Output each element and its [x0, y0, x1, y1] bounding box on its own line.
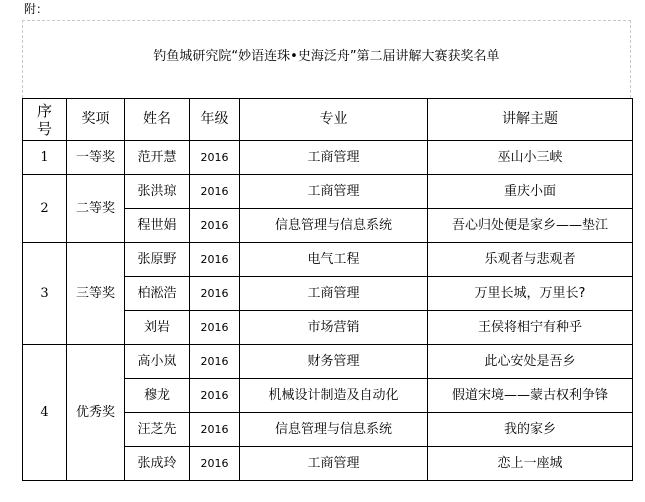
topic-cell: 我的家乡 [428, 413, 633, 447]
name-cell: 高小岚 [125, 345, 190, 379]
major-cell: 工商管理 [240, 447, 428, 481]
name-cell: 穆龙 [125, 379, 190, 413]
header-topic: 讲解主题 [428, 99, 633, 141]
grade-cell: 2016 [190, 379, 240, 413]
grade-cell: 2016 [190, 345, 240, 379]
award-cell: 优秀奖 [67, 345, 125, 481]
major-cell: 信息管理与信息系统 [240, 413, 428, 447]
major-cell: 机械设计制造及自动化 [240, 379, 428, 413]
header-seq: 序号 [23, 99, 67, 141]
topic-cell: 重庆小面 [428, 175, 633, 209]
name-cell: 程世娟 [125, 209, 190, 243]
grade-cell: 2016 [190, 413, 240, 447]
header-award: 奖项 [67, 99, 125, 141]
major-cell: 工商管理 [240, 141, 428, 175]
document-title: 钓鱼城研究院“妙语连珠•史海泛舟”第二届讲解大赛获奖名单 [23, 49, 630, 65]
award-cell: 一等奖 [67, 141, 125, 175]
table-row: 1 一等奖 范开慧 2016 工商管理 巫山小三峡 [23, 141, 633, 175]
topic-cell: 万里长城，万里长? [428, 277, 633, 311]
award-table: 序号 奖项 姓名 年级 专业 讲解主题 1 一等奖 范开慧 2016 工商管理 … [22, 98, 633, 481]
name-cell: 张成玲 [125, 447, 190, 481]
major-cell: 工商管理 [240, 277, 428, 311]
header-major: 专业 [240, 99, 428, 141]
award-cell: 二等奖 [67, 175, 125, 243]
major-cell: 工商管理 [240, 175, 428, 209]
name-cell: 张洪琼 [125, 175, 190, 209]
grade-cell: 2016 [190, 311, 240, 345]
seq-cell: 4 [23, 345, 67, 481]
name-cell: 张原野 [125, 243, 190, 277]
seq-cell: 2 [23, 175, 67, 243]
award-cell: 三等奖 [67, 243, 125, 345]
seq-cell: 3 [23, 243, 67, 345]
topic-cell: 此心安处是吾乡 [428, 345, 633, 379]
table-row: 4 优秀奖 高小岚 2016 财务管理 此心安处是吾乡 [23, 345, 633, 379]
table-row: 3 三等奖 张原野 2016 电气工程 乐观者与悲观者 [23, 243, 633, 277]
table-row: 2 二等奖 张洪琼 2016 工商管理 重庆小面 [23, 175, 633, 209]
header-grade: 年级 [190, 99, 240, 141]
name-cell: 刘岩 [125, 311, 190, 345]
title-box: 钓鱼城研究院“妙语连珠•史海泛舟”第二届讲解大赛获奖名单 [22, 20, 631, 98]
topic-cell: 吾心归处便是家乡——垫江 [428, 209, 633, 243]
major-cell: 电气工程 [240, 243, 428, 277]
topic-cell: 恋上一座城 [428, 447, 633, 481]
attachment-label: 附： [24, 2, 48, 16]
topic-cell: 假道宋境——蒙古权利争锋 [428, 379, 633, 413]
grade-cell: 2016 [190, 141, 240, 175]
name-cell: 汪芝先 [125, 413, 190, 447]
table-header-row: 序号 奖项 姓名 年级 专业 讲解主题 [23, 99, 633, 141]
grade-cell: 2016 [190, 243, 240, 277]
major-cell: 财务管理 [240, 345, 428, 379]
major-cell: 市场营销 [240, 311, 428, 345]
grade-cell: 2016 [190, 209, 240, 243]
topic-cell: 巫山小三峡 [428, 141, 633, 175]
topic-cell: 王侯将相宁有种乎 [428, 311, 633, 345]
topic-cell: 乐观者与悲观者 [428, 243, 633, 277]
major-cell: 信息管理与信息系统 [240, 209, 428, 243]
name-cell: 柏淞浩 [125, 277, 190, 311]
name-cell: 范开慧 [125, 141, 190, 175]
grade-cell: 2016 [190, 447, 240, 481]
header-name: 姓名 [125, 99, 190, 141]
grade-cell: 2016 [190, 175, 240, 209]
seq-cell: 1 [23, 141, 67, 175]
grade-cell: 2016 [190, 277, 240, 311]
